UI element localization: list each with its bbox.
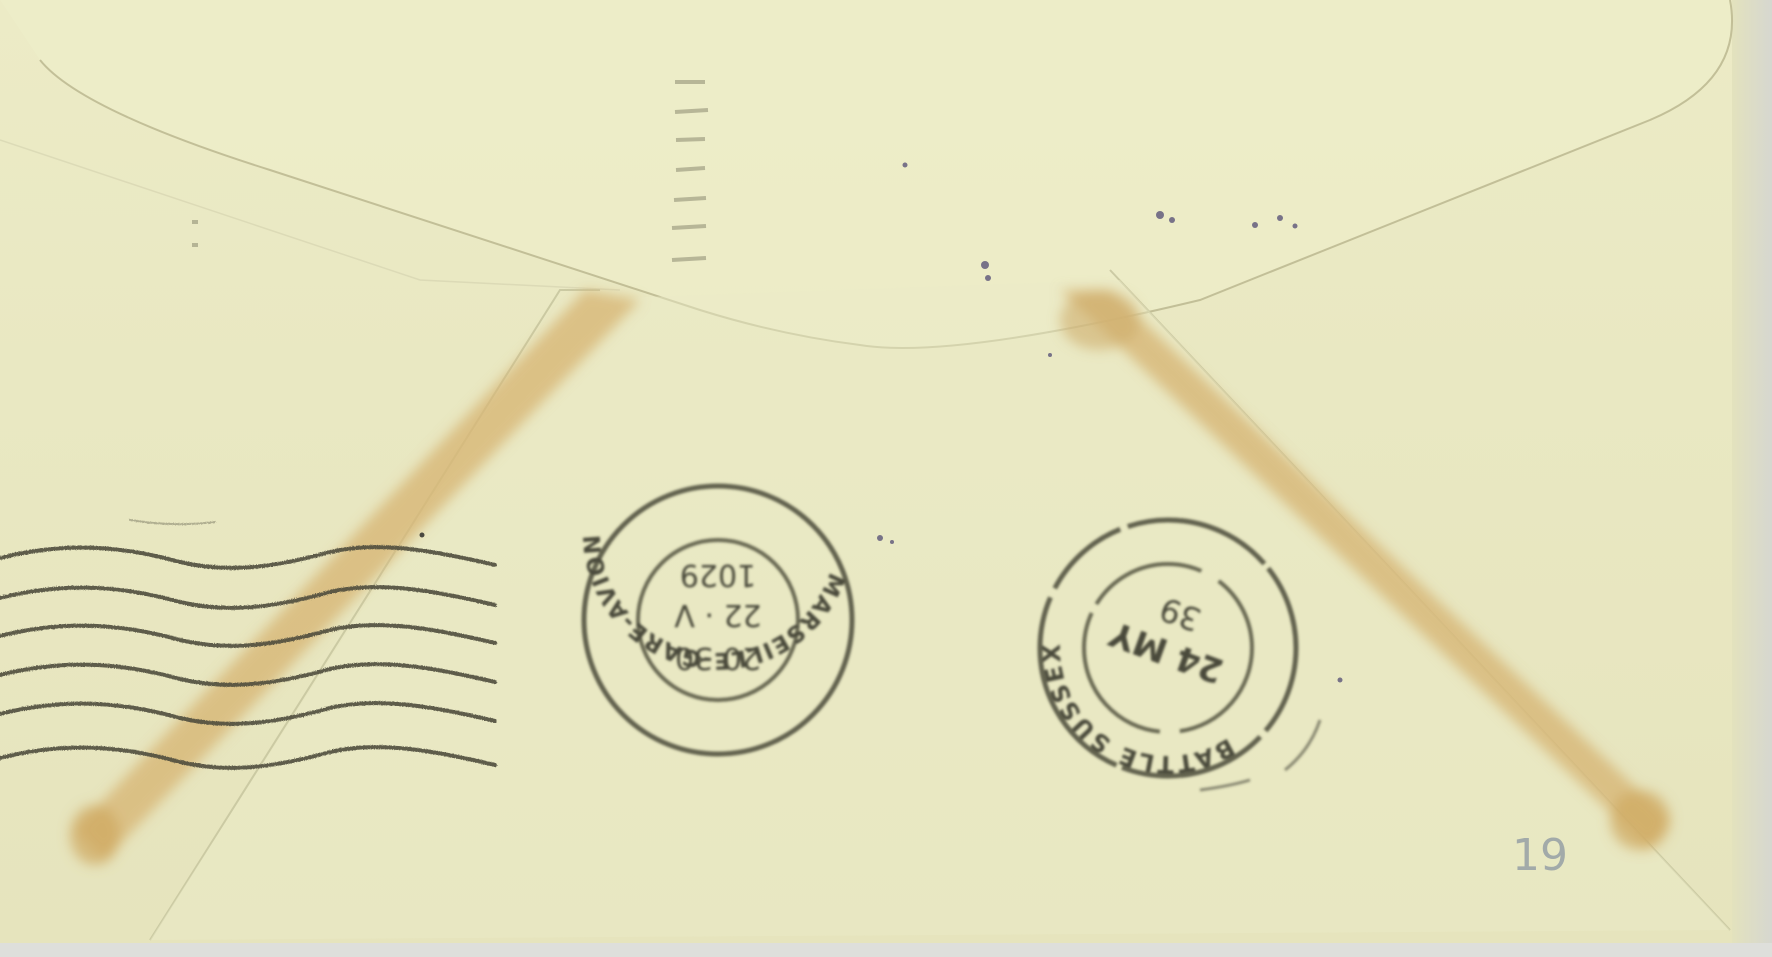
svg-text:20 30: 20 30 xyxy=(675,640,761,675)
envelope-artwork: MARSEILLE-GARE-AVION 20 30 22 · V 1029 B… xyxy=(0,0,1772,957)
envelope-photo: MARSEILLE-GARE-AVION 20 30 22 · V 1029 B… xyxy=(0,0,1772,957)
svg-text:1029: 1029 xyxy=(680,557,756,592)
svg-text:22 · V: 22 · V xyxy=(674,597,762,632)
pencil-notation: 19 xyxy=(1512,830,1568,881)
